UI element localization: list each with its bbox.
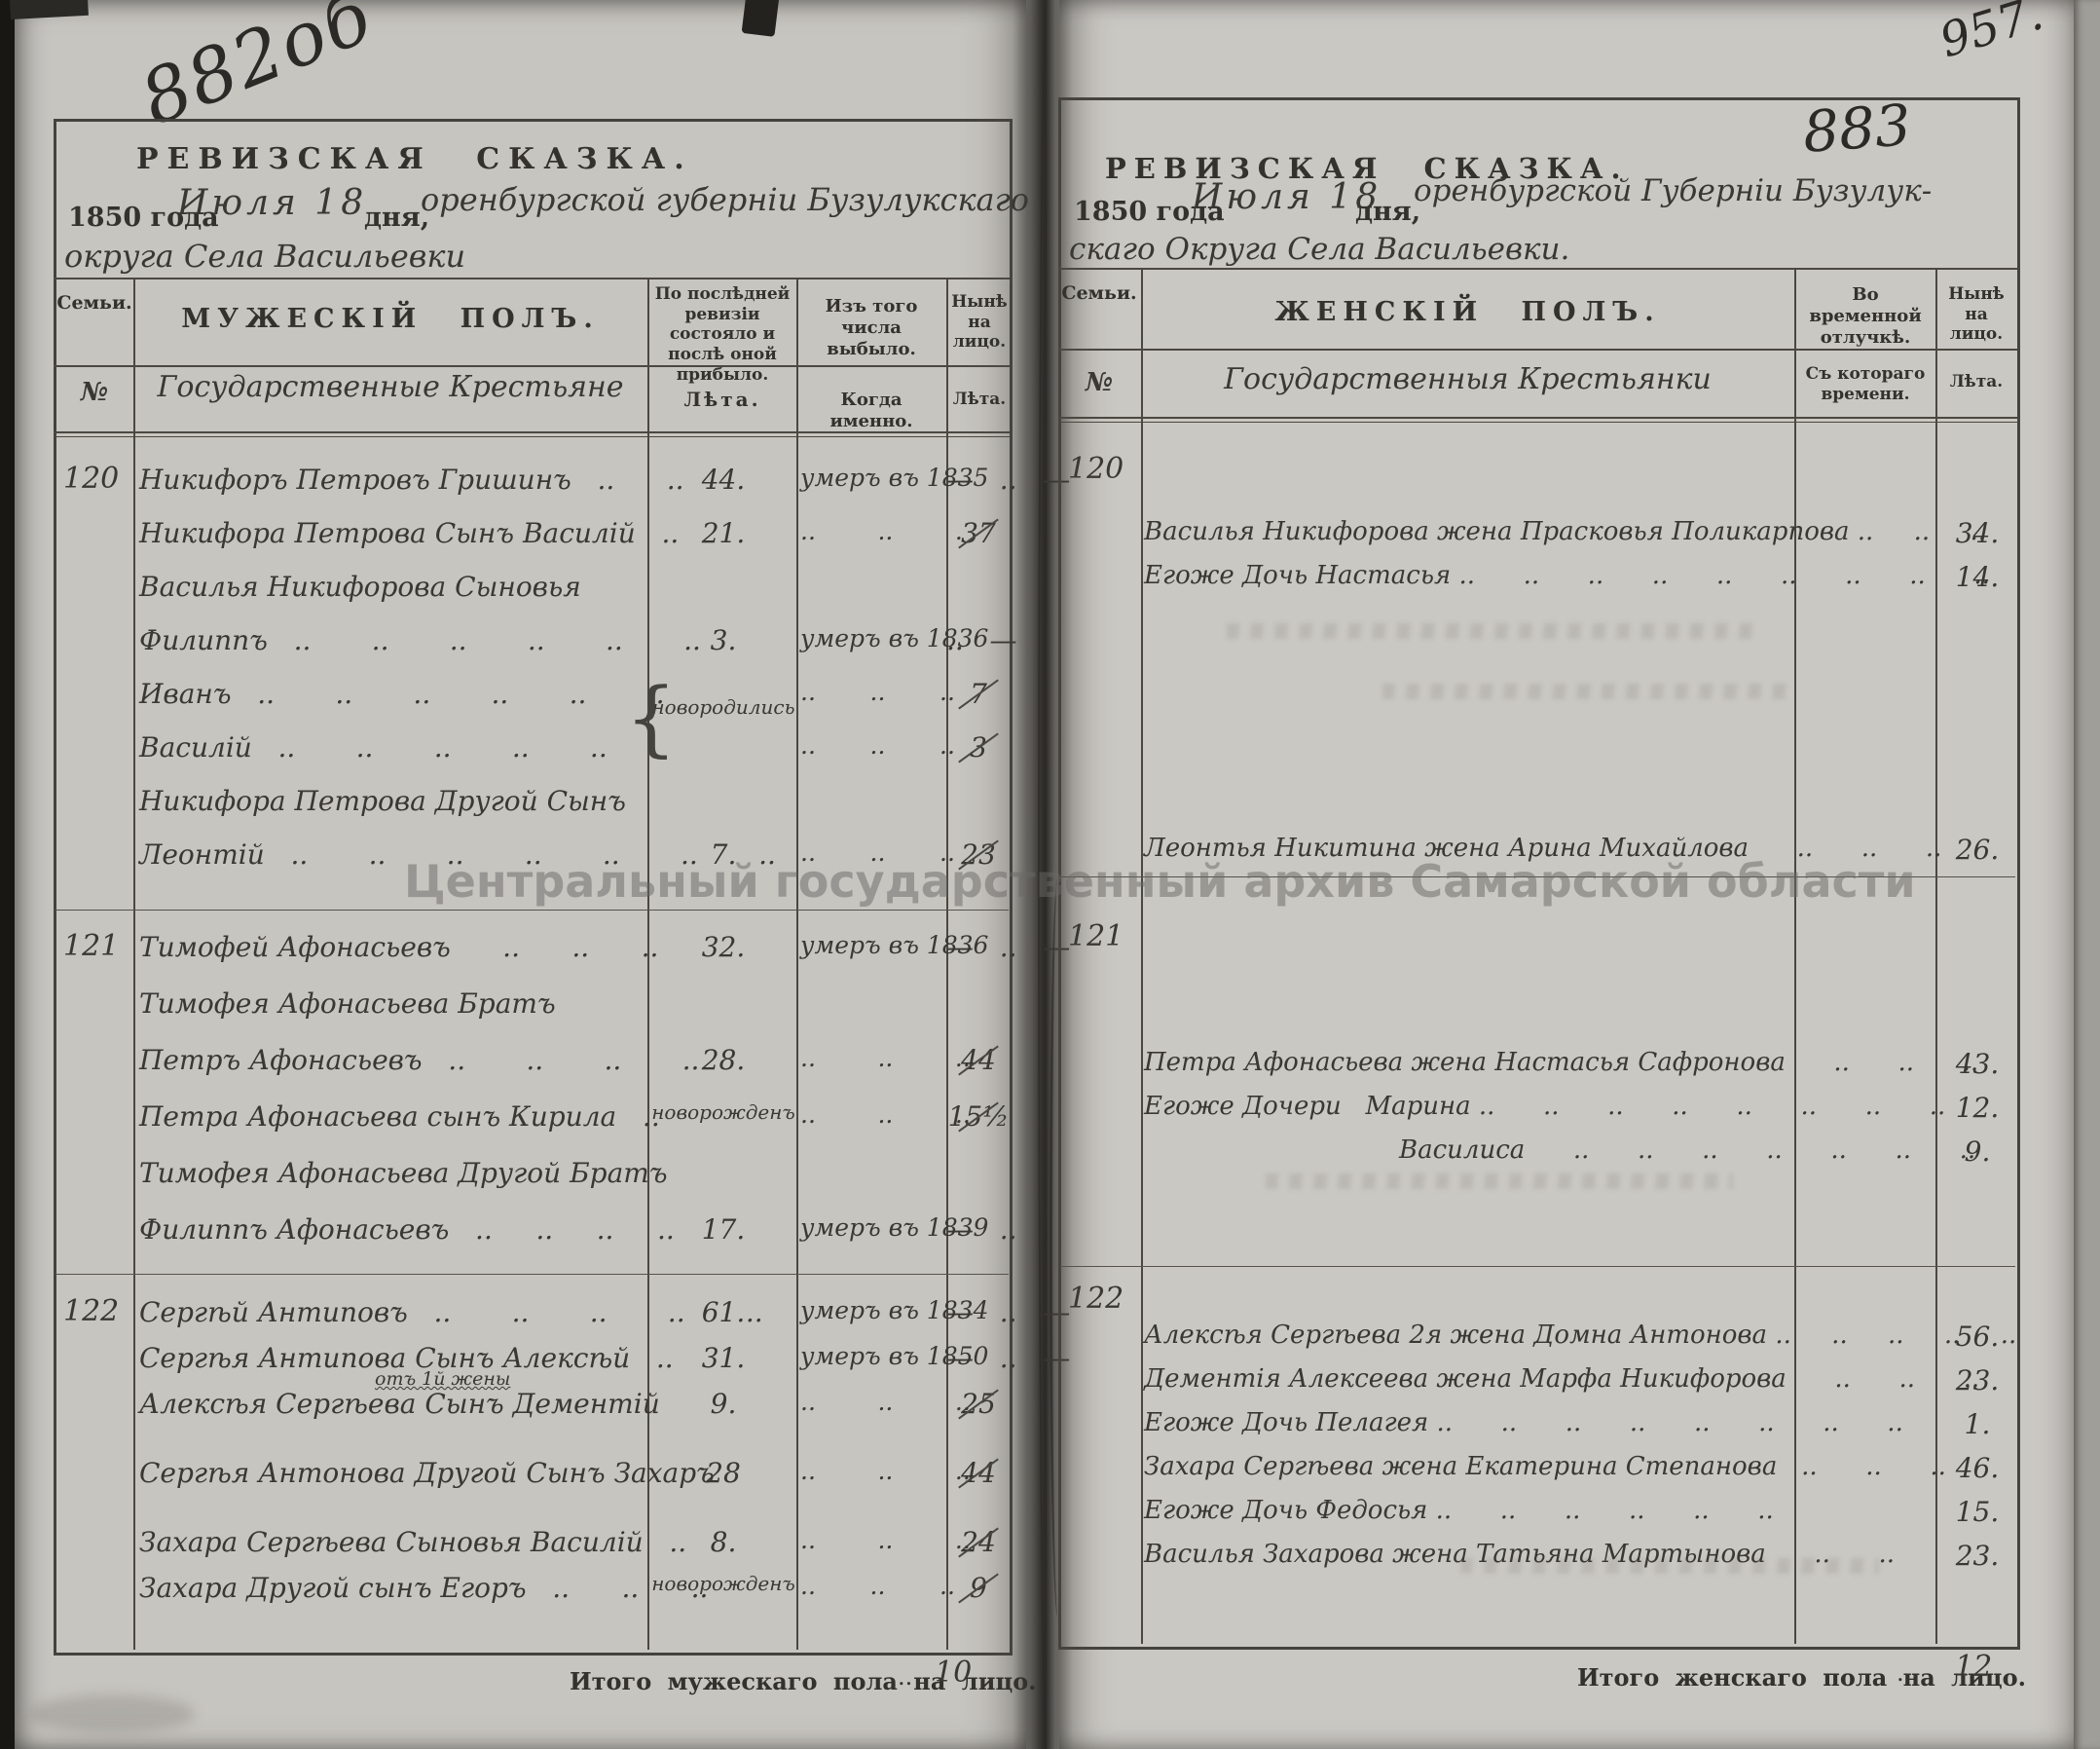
revision-list-scan: 882об РЕВИЗСКАЯ СКАЗКА. 1850 года Июля 1… (0, 0, 2100, 1749)
cell-leta: 8. (650, 1526, 796, 1558)
left-header-revision: По послѣдней ревизіи состояло и послѣ он… (650, 284, 794, 386)
cell-leta: 17. (650, 1213, 796, 1246)
table-rule (1058, 349, 2017, 351)
table-rule (54, 365, 1010, 367)
cell-leta: 9. (1935, 1135, 2019, 1168)
cell-leta: 9. (650, 1388, 796, 1420)
family-rows: Сергѣй Антиповъ .. .. .. .. ..61.умеръ в… (54, 1290, 1013, 1612)
record-row: Василья Никифорова жена Прасковья Полика… (1058, 511, 2020, 555)
record-row: Филиппъ Афонасьевъ .. .. .. ..17.умеръ в… (54, 1208, 1013, 1264)
record-row: Петра Афонасьева сынъ Кирила ..новорожде… (54, 1095, 1013, 1151)
family-separator-rule (55, 1274, 1009, 1275)
left-village-handwritten: округа Села Васильевки (64, 238, 465, 275)
cell-name: Егоже Дочь Настасья .. .. .. .. .. .. ..… (1144, 561, 1990, 590)
record-row: Тимофей Афонасьевъ .. .. ..32.умеръ въ 1… (54, 925, 1013, 982)
cell-kogda: .. .. .. (800, 731, 946, 760)
cell-now: — .. — (946, 1296, 1011, 1328)
cell-now: — .. (946, 1213, 1011, 1246)
cell-kogda: умеръ въ 1834 (800, 1296, 946, 1324)
left-header-family: Семьи. (55, 292, 133, 315)
family-rows: Алексѣя Сергѣева 2я жена Домна Антонова … (1058, 1278, 2020, 1578)
cell-leta: 23. (1935, 1364, 2019, 1396)
marginal-note: отъ 1й жены (375, 1368, 510, 1390)
record-row: Егоже Дочь Федосья .. .. .. .. .. ..15. (1058, 1490, 2020, 1534)
family-rows: Никифоръ Петровъ Гришинъ .. ..44.умеръ в… (54, 458, 1013, 886)
cell-name: Иванъ .. .. .. .. .. .. (139, 678, 665, 710)
left-date-month-day-handwritten: Июля 18 (177, 183, 367, 223)
cell-now: 9 (946, 1572, 1011, 1604)
cell-name: Алексѣя Сергѣева Сынъ Дементій (139, 1388, 660, 1420)
cell-leta: новорожденъ (650, 1572, 796, 1595)
cell-leta: 14. (1935, 561, 2019, 593)
family-rows: Василья Никифорова жена Прасковья Полика… (1058, 448, 2020, 872)
fold-mark (742, 0, 780, 37)
cell-kogda: умеръ въ 1839 (800, 1213, 946, 1242)
cell-now: 24 (946, 1526, 1011, 1558)
family-rows: Тимофей Афонасьевъ .. .. ..32.умеръ въ 1… (54, 925, 1013, 1264)
cell-name: Егоже Дочери Марина .. .. .. .. .. .. ..… (1144, 1092, 1945, 1121)
scan-left-edge (0, 0, 15, 1749)
cell-kogda: .. .. .. (800, 1388, 946, 1416)
cell-kogda: .. .. .. (800, 1572, 946, 1600)
family-separator-rule (55, 910, 1009, 911)
left-header-departed: Изъ того числа выбыло. (800, 296, 942, 360)
cell-kogda: .. .. .. (800, 1526, 946, 1554)
record-row: Никифора Петрова Другой Сынъ (54, 779, 1013, 833)
cell-name: Никифоръ Петровъ Гришинъ .. .. (139, 464, 684, 496)
cell-now: 44 (946, 1044, 1011, 1076)
right-village-handwritten: скаго Округа Села Васильевки. (1069, 232, 1569, 267)
record-row: Алексѣя Сергѣева Сынъ Дементій9... .. ..… (54, 1382, 1013, 1428)
record-row: Петра Афонасьева жена Настасья Сафронова… (1058, 1042, 2020, 1086)
cell-kogda: .. .. .. (800, 1100, 946, 1129)
record-row: Захара Другой сынъ Егоръ .. .. ..новорож… (54, 1566, 1013, 1612)
cell-kogda: умеръ въ 1836 (800, 931, 946, 959)
left-total-dots: .. (898, 1663, 912, 1691)
cell-name: Филиппъ Афонасьевъ .. .. .. .. (139, 1213, 675, 1246)
cell-name: Тимофея Афонасьева Братъ (139, 987, 556, 1020)
cell-kogda: умеръ въ 1835 (800, 464, 946, 492)
record-row: Алексѣя Сергѣева 2я жена Домна Антонова … (1058, 1315, 2020, 1358)
record-row: Василья Никифорова Сыновья (54, 565, 1013, 618)
right-total-dots: .. (1897, 1659, 1911, 1687)
left-header-revision-sub: Лѣта. (650, 388, 794, 411)
left-page-title: РЕВИЗСКАЯ СКАЗКА. (136, 142, 662, 176)
cell-name: Тимофея Афонасьева Другой Братъ (139, 1157, 668, 1189)
cell-now: — .. — (946, 464, 1011, 496)
cell-leta: 28 (650, 1457, 796, 1489)
cell-name: Никифора Петрова Другой Сынъ (139, 785, 626, 817)
cell-name: Василья Захарова жена Татьяна Мартынова … (1144, 1540, 1895, 1569)
record-row: Василиса .. .. .. .. .. .. ..9. (1058, 1130, 2020, 1173)
cell-name: Никифора Петрова Сынъ Василій .. (139, 517, 679, 549)
cell-name: Алексѣя Сергѣева 2я жена Домна Антонова … (1144, 1321, 2016, 1350)
right-date-month-day-handwritten: Июля 18 (1192, 177, 1382, 217)
cell-now: 7 (946, 678, 1011, 710)
record-row: Никифоръ Петровъ Гришинъ .. ..44.умеръ в… (54, 458, 1013, 511)
cell-leta: 46. (1935, 1452, 2019, 1484)
right-header-absence-sub: Съ котораго времени. (1797, 364, 1934, 404)
scan-right-edge (2074, 0, 2100, 1749)
cell-kogda: .. .. . (800, 517, 946, 545)
cell-leta: 3. (650, 624, 796, 656)
cell-name: Сергѣя Антонова Другой Сынъ Захаръ (139, 1457, 715, 1489)
left-header-present-sub: Лѣта. (948, 390, 1011, 410)
cell-name: Петра Афонасьева жена Настасья Сафронова… (1144, 1048, 1978, 1077)
record-row: Петръ Афонасьевъ .. .. .. ..28... .. ..4… (54, 1038, 1013, 1095)
cell-leta: 31. (650, 1342, 796, 1374)
record-row: Тимофея Афонасьева Братъ (54, 982, 1013, 1038)
cell-now: — .. — (946, 1342, 1011, 1374)
cell-kogda: умеръ въ 1836 (800, 624, 946, 652)
right-header-family: Семьи. (1060, 282, 1138, 305)
record-row: Дементія Алексеева жена Марфа Никифорова… (1058, 1358, 2020, 1402)
cell-now: 37 (946, 517, 1011, 549)
archive-watermark: Центральный государственный архив Самарс… (404, 855, 1916, 908)
cell-now: 15½ (946, 1100, 1011, 1133)
cell-name: Егоже Дочь Пелагея .. .. .. .. .. .. .. … (1144, 1408, 1903, 1437)
cell-leta: 28. (650, 1044, 796, 1076)
record-row: Сергѣй Антиповъ .. .. .. .. ..61.умеръ в… (54, 1290, 1013, 1336)
cell-now: 44 (946, 1457, 1011, 1489)
record-row: Василій .. .. .. .. .... .. ..3 (54, 726, 1013, 779)
right-header-present-sub: Лѣта. (1937, 372, 2015, 392)
right-header-number-sign: № (1060, 368, 1138, 399)
cell-name: Егоже Дочь Федосья .. .. .. .. .. .. (1144, 1496, 1774, 1525)
table-rule (1058, 268, 2017, 270)
cell-kogda: .. .. .. (800, 1457, 946, 1485)
cell-name: Петръ Афонасьевъ .. .. .. .. (139, 1044, 699, 1076)
cell-leta: 1. (1935, 1408, 2019, 1440)
cell-leta: 15. (1935, 1496, 2019, 1528)
paper-smudge (29, 1694, 195, 1733)
cell-now: — .. — (946, 931, 1011, 963)
right-header-estate-handwritten: Государственныя Крестьянки (1144, 362, 1791, 398)
record-row: Иванъ .. .. .. .. .. ..новородились.. ..… (54, 672, 1013, 726)
table-rule (54, 436, 1010, 437)
cell-leta: 12. (1935, 1092, 2019, 1124)
left-header-departed-sub: Когда именно. (800, 390, 942, 432)
record-row: Василья Захарова жена Татьяна Мартынова … (1058, 1534, 2020, 1578)
record-row: Тимофея Афонасьева Другой Братъ (54, 1151, 1013, 1208)
record-row: Егоже Дочь Пелагея .. .. .. .. .. .. .. … (1058, 1402, 2020, 1446)
record-row: Захара Сергѣева жена Екатерина Степанова… (1058, 1446, 2020, 1490)
cell-name: Василья Никифорова жена Прасковья Полика… (1144, 517, 1986, 546)
record-row: Никифора Петрова Сынъ Василій ..21... ..… (54, 511, 1013, 565)
right-province-handwritten: оренбургской Губерніи Бузулук- (1414, 173, 1932, 208)
cell-leta: 21. (650, 517, 796, 549)
cell-now: 25 (946, 1388, 1011, 1420)
cell-kogda: умеръ въ 1850 (800, 1342, 946, 1370)
cell-kogda: .. .. .. (800, 678, 946, 706)
right-header-sex: ЖЕНСКІЙ ПОЛЪ. (1144, 297, 1791, 329)
cell-now: .. — (946, 624, 1011, 656)
cell-name: Захара Другой сынъ Егоръ .. .. .. (139, 1572, 708, 1604)
cell-name: Петра Афонасьева сынъ Кирила .. (139, 1100, 660, 1133)
cell-name: Василья Никифорова Сыновья (139, 571, 581, 603)
left-header-number-sign: № (55, 378, 133, 409)
cell-name: Тимофей Афонасьевъ .. .. .. (139, 931, 658, 963)
left-total-value: 10 (935, 1656, 972, 1690)
cell-name: Василій .. .. .. .. .. (139, 731, 608, 763)
right-date-day-word: дня, (1355, 197, 1420, 227)
cell-name: Захара Сергѣева жена Екатерина Степанова… (1144, 1452, 1946, 1481)
cell-leta: 61. (650, 1296, 796, 1328)
cell-kogda: .. .. .. (800, 1044, 946, 1072)
right-total-value: 12 (1955, 1650, 1992, 1684)
record-row: Сергѣя Антонова Другой Сынъ Захаръ28.. .… (54, 1451, 1013, 1497)
cell-leta: 43. (1935, 1048, 2019, 1080)
record-row: Егоже Дочь Настасья .. .. .. .. .. .. ..… (1058, 555, 2020, 599)
cell-now: 3 (946, 731, 1011, 763)
record-row: Сергѣя Антипова Сынъ Алексѣй ..31.умеръ … (54, 1336, 1013, 1382)
record-row: Егоже Дочери Марина .. .. .. .. .. .. ..… (1058, 1086, 2020, 1130)
cell-name: Василиса .. .. .. .. .. .. .. (1399, 1135, 1975, 1165)
cell-leta: 32. (650, 931, 796, 963)
record-row: Филиппъ .. .. .. .. .. ..3.умеръ въ 1836… (54, 618, 1013, 672)
left-header-estate-handwritten: Государственные Крестьяне (136, 370, 645, 406)
cell-leta: 56. (1935, 1321, 2019, 1353)
cell-leta: 44. (650, 464, 796, 496)
left-header-sex: МУЖЕСКІЙ ПОЛЪ. (136, 304, 645, 336)
right-header-absence: Во временной отлучкѣ. (1797, 284, 1934, 349)
cell-leta: новорожденъ (650, 1100, 796, 1124)
cell-name: Дементія Алексеева жена Марфа Никифорова… (1144, 1364, 1979, 1394)
table-rule (54, 278, 1010, 279)
cell-leta: 26. (1935, 834, 2019, 866)
left-header-present: Нынѣ на лицо. (948, 292, 1011, 353)
left-province-handwritten: оренбургской губерніи Бузулукскаго (421, 181, 1029, 218)
table-rule (1058, 417, 2017, 419)
family-separator-rule (1060, 1266, 2015, 1267)
cell-name: Филиппъ .. .. .. .. .. .. (139, 624, 701, 656)
record-row: Захара Сергѣева Сыновья Василій ..8... .… (54, 1520, 1013, 1566)
family-rows: Петра Афонасьева жена Настасья Сафронова… (1058, 915, 2020, 1173)
right-header-present: Нынѣ на лицо. (1937, 284, 2015, 345)
cell-leta: новородились (650, 695, 796, 719)
table-rule (1058, 422, 2017, 423)
cell-leta: 34. (1935, 517, 2019, 549)
cell-name: Захара Сергѣева Сыновья Василій .. (139, 1526, 686, 1558)
cell-leta: 23. (1935, 1540, 2019, 1572)
